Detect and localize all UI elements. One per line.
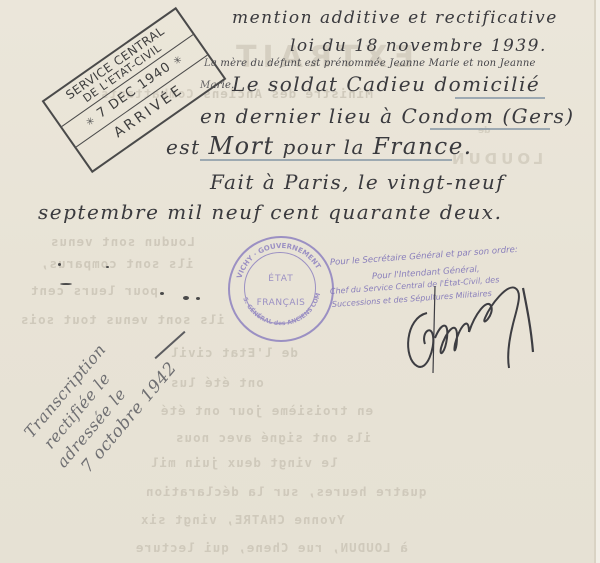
annotation-line-4: en dernier lieu à Condom (Gers) bbox=[200, 104, 575, 128]
star-icon: ✳ bbox=[172, 53, 186, 67]
seal-francais: FRANÇAIS bbox=[230, 298, 332, 308]
ghost-line: ils sont comparus, bbox=[40, 256, 193, 271]
speck bbox=[58, 263, 61, 266]
text-mort: Mort bbox=[209, 132, 275, 160]
annotation-line-6: Fait à Paris, le vingt-neuf bbox=[210, 170, 505, 194]
document-page: EXTRAIT de LOUDUN Ministre des Anciens C… bbox=[0, 0, 596, 563]
ghost-line: Yvonne CHATRE, vingt six bbox=[140, 512, 345, 527]
speck bbox=[183, 296, 189, 300]
annotation-line-7: septembre mil neuf cent quarante deux. bbox=[38, 200, 502, 224]
star-icon: ✳ bbox=[84, 115, 98, 129]
text-domicilie: domicilié bbox=[434, 72, 540, 96]
text-le-soldat: Le soldat bbox=[232, 72, 338, 96]
annotation-line-1: mention additive et rectificative bbox=[232, 8, 558, 28]
signature-block-line-1: Pour le Secrétaire Général et par son or… bbox=[330, 245, 519, 268]
ghost-line: quatre heures, sur la déclaration bbox=[145, 484, 426, 499]
annotation-line-5: est Mort pour la France. bbox=[166, 132, 473, 160]
ghost-line: le vingt deux juin mil bbox=[150, 455, 338, 470]
underline bbox=[455, 97, 545, 99]
speck bbox=[160, 292, 164, 295]
ghost-line: ils ont signé avec nous bbox=[175, 430, 371, 445]
ghost-line: à LOUDUN, rue Chene, qui lecture bbox=[135, 540, 408, 555]
handwritten-signature bbox=[395, 278, 545, 388]
etat-francais-seal: VICHY · GOUVERNEMENT S. GÉNÉRAL des ANCI… bbox=[228, 236, 334, 342]
underline bbox=[200, 159, 452, 161]
text-place: Condom (Gers) bbox=[401, 104, 574, 128]
annotation-line-2: loi du 18 novembre 1939. bbox=[290, 36, 547, 56]
text-name: Cadieu bbox=[346, 72, 426, 96]
speck bbox=[60, 283, 72, 285]
ghost-line: Loudun sont venus bbox=[50, 234, 195, 249]
annotation-inserted-line: La mère du défunt est prénommée Jeanne M… bbox=[204, 58, 536, 69]
seal-etat: ÉTAT bbox=[230, 274, 332, 284]
annotation-line-3: Le soldat Cadieu domicilié bbox=[232, 72, 540, 96]
text-pour-la: pour la bbox=[283, 135, 365, 159]
speck bbox=[196, 297, 200, 300]
underline bbox=[430, 128, 550, 130]
text-est: est bbox=[166, 135, 201, 159]
text-en-dernier-lieu: en dernier lieu à bbox=[200, 104, 394, 128]
speck bbox=[106, 266, 109, 268]
page-edge bbox=[596, 0, 600, 563]
text-france: France. bbox=[373, 134, 473, 160]
seal-inner-ring bbox=[244, 252, 316, 324]
